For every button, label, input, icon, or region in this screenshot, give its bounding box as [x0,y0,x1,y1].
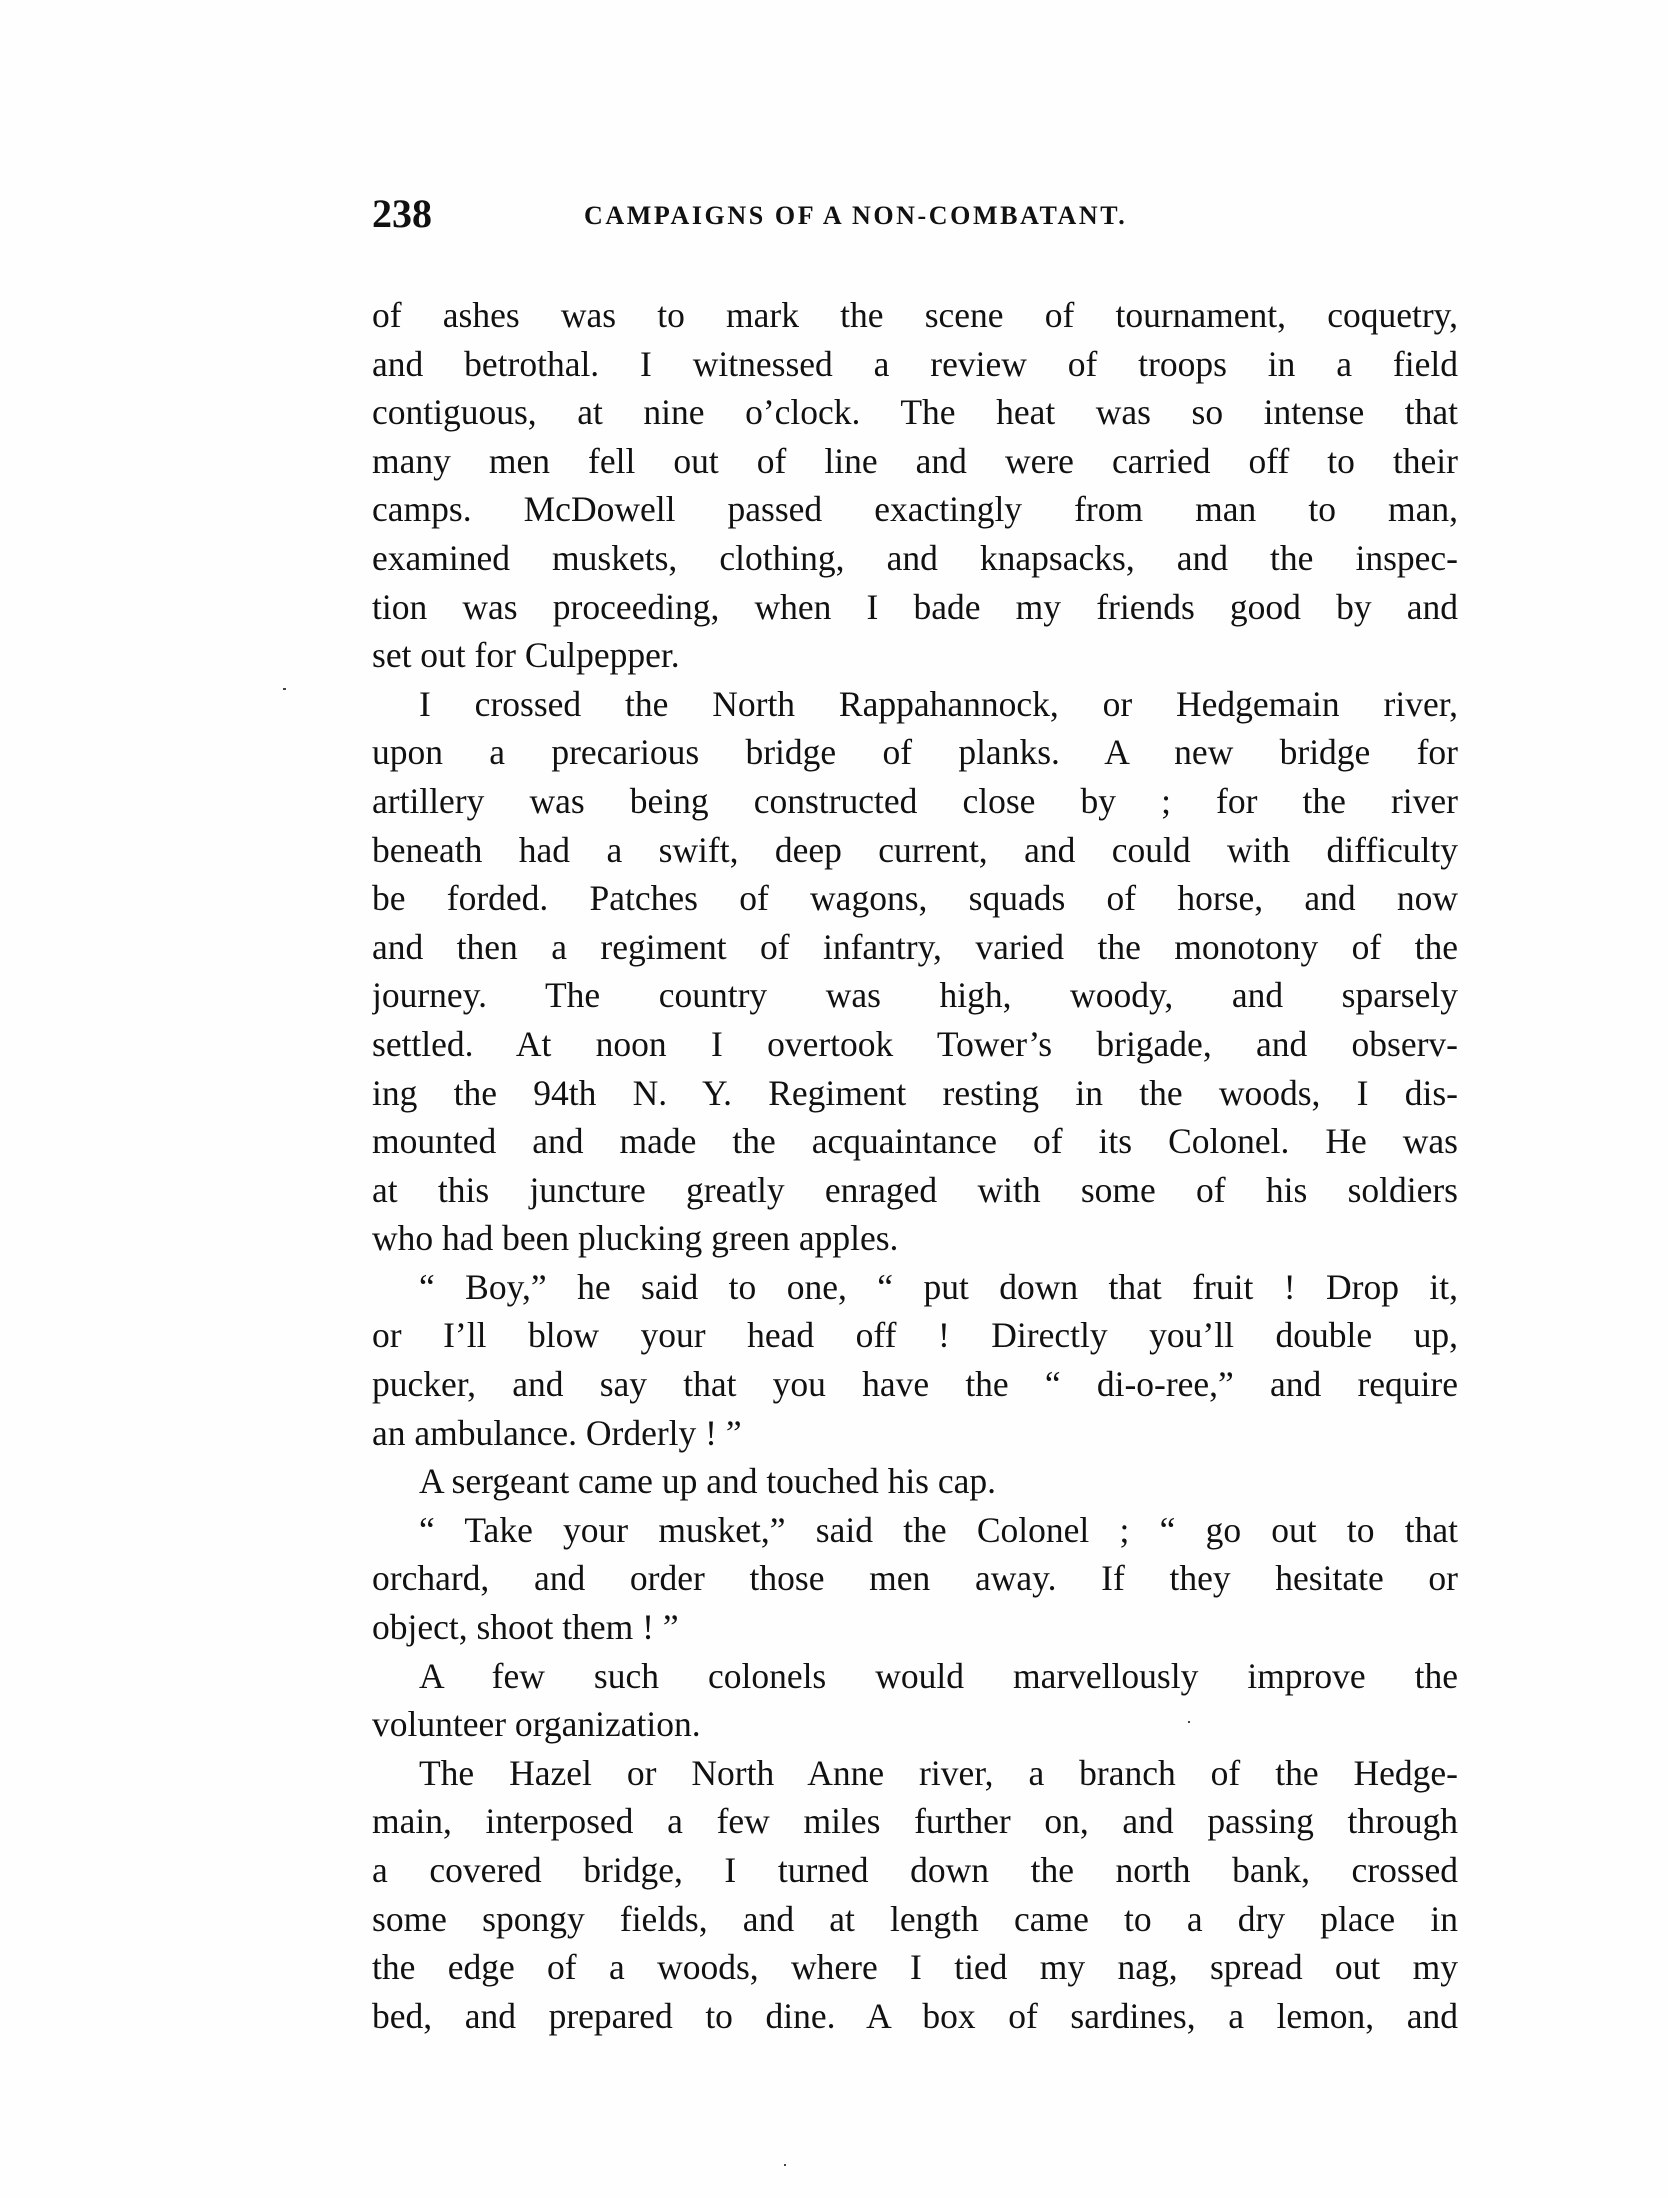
text-line-content: The Hazel or North Anne river, a branch … [419,1749,1458,1798]
text-line-content: ing the 94th N. Y. Regiment resting in t… [372,1069,1458,1118]
text-line: and then a regiment of infantry, varied … [372,923,1458,972]
text-line-content: the edge of a woods, where I tied my nag… [372,1943,1458,1992]
text-line: volunteer organization. [372,1700,1458,1749]
text-line: “ Boy,” he said to one, “ put down that … [372,1263,1458,1312]
text-line-content: or I’ll blow your head off ! Directly yo… [372,1311,1458,1360]
text-line-content: examined muskets, clothing, and knapsack… [372,534,1458,583]
running-head: 238 CAMPAIGNS OF A NON-COMBATANT. [372,192,1458,236]
text-line: set out for Culpepper. [372,631,1458,680]
text-line-content: contiguous, at nine o’clock. The heat wa… [372,388,1458,437]
text-line: I crossed the North Rappahannock, or Hed… [372,680,1458,729]
text-line: beneath had a swift, deep current, and c… [372,826,1458,875]
text-line: who had been plucking green apples. [372,1214,1458,1263]
text-line: examined muskets, clothing, and knapsack… [372,534,1458,583]
text-line: camps. McDowell passed exactingly from m… [372,485,1458,534]
text-line: settled. At noon I overtook Tower’s brig… [372,1020,1458,1069]
text-line: the edge of a woods, where I tied my nag… [372,1943,1458,1992]
text-line: upon a precarious bridge of planks. A ne… [372,728,1458,777]
text-line-content: be forded. Patches of wagons, squads of … [372,874,1458,923]
text-line-content: set out for Culpepper. [372,631,1458,680]
text-line: journey. The country was high, woody, an… [372,971,1458,1020]
text-line: A few such colonels would marvellously i… [372,1652,1458,1701]
text-line: artillery was being constructed close by… [372,777,1458,826]
text-line: of ashes was to mark the scene of tourna… [372,291,1458,340]
text-line: contiguous, at nine o’clock. The heat wa… [372,388,1458,437]
text-line-content: A few such colonels would marvellously i… [419,1652,1458,1701]
text-line-content: object, shoot them ! ” [372,1603,1458,1652]
text-line: and betrothal. I witnessed a review of t… [372,340,1458,389]
text-line: an ambulance. Orderly ! ” [372,1409,1458,1458]
text-line-content: beneath had a swift, deep current, and c… [372,826,1458,875]
text-line: at this juncture greatly enraged with so… [372,1166,1458,1215]
text-line-content: and then a regiment of infantry, varied … [372,923,1458,972]
text-line: or I’ll blow your head off ! Directly yo… [372,1311,1458,1360]
text-line: A sergeant came up and touched his cap. [372,1457,1458,1506]
print-speck [784,2164,786,2166]
text-line-content: artillery was being constructed close by… [372,777,1458,826]
text-line: a covered bridge, I turned down the nort… [372,1846,1458,1895]
text-line-content: who had been plucking green apples. [372,1214,1458,1263]
text-line: ing the 94th N. Y. Regiment resting in t… [372,1069,1458,1118]
text-line-content: camps. McDowell passed exactingly from m… [372,485,1458,534]
text-line-content: “ Boy,” he said to one, “ put down that … [419,1263,1458,1312]
text-line-content: pucker, and say that you have the “ di-o… [372,1360,1458,1409]
text-line: pucker, and say that you have the “ di-o… [372,1360,1458,1409]
text-line-content: journey. The country was high, woody, an… [372,971,1458,1020]
text-line-content: a covered bridge, I turned down the nort… [372,1846,1458,1895]
running-title: CAMPAIGNS OF A NON-COMBATANT. [584,196,1127,236]
print-speck [283,688,286,690]
text-line: be forded. Patches of wagons, squads of … [372,874,1458,923]
text-line-content: at this juncture greatly enraged with so… [372,1166,1458,1215]
text-line-content: tion was proceeding, when I bade my frie… [372,583,1458,632]
text-line-content: some spongy fields, and at length came t… [372,1895,1458,1944]
text-line: orchard, and order those men away. If th… [372,1554,1458,1603]
text-line-content: I crossed the North Rappahannock, or Hed… [419,680,1458,729]
text-line: The Hazel or North Anne river, a branch … [372,1749,1458,1798]
text-line-content: bed, and prepared to dine. A box of sard… [372,1992,1458,2041]
text-line: some spongy fields, and at length came t… [372,1895,1458,1944]
text-line-content: many men fell out of line and were carri… [372,437,1458,486]
text-line-content: settled. At noon I overtook Tower’s brig… [372,1020,1458,1069]
text-line-content: an ambulance. Orderly ! ” [372,1409,1458,1458]
text-line: mounted and made the acquaintance of its… [372,1117,1458,1166]
text-line: tion was proceeding, when I bade my frie… [372,583,1458,632]
text-line-content: mounted and made the acquaintance of its… [372,1117,1458,1166]
text-line-content: upon a precarious bridge of planks. A ne… [372,728,1458,777]
page-number: 238 [372,192,432,236]
body-text: of ashes was to mark the scene of tourna… [372,291,1458,2040]
text-line-content: of ashes was to mark the scene of tourna… [372,291,1458,340]
text-line-content: and betrothal. I witnessed a review of t… [372,340,1458,389]
text-line: main, interposed a few miles further on,… [372,1797,1458,1846]
text-line-content: volunteer organization. [372,1700,1458,1749]
book-page: 238 CAMPAIGNS OF A NON-COMBATANT. of ash… [0,0,1668,2198]
text-line: many men fell out of line and were carri… [372,437,1458,486]
text-line-content: “ Take your musket,” said the Colonel ; … [419,1506,1458,1555]
text-line: bed, and prepared to dine. A box of sard… [372,1992,1458,2041]
text-line: “ Take your musket,” said the Colonel ; … [372,1506,1458,1555]
text-line-content: A sergeant came up and touched his cap. [419,1457,1458,1506]
print-speck [1188,1721,1190,1723]
text-line-content: orchard, and order those men away. If th… [372,1554,1458,1603]
text-line-content: main, interposed a few miles further on,… [372,1797,1458,1846]
text-line: object, shoot them ! ” [372,1603,1458,1652]
